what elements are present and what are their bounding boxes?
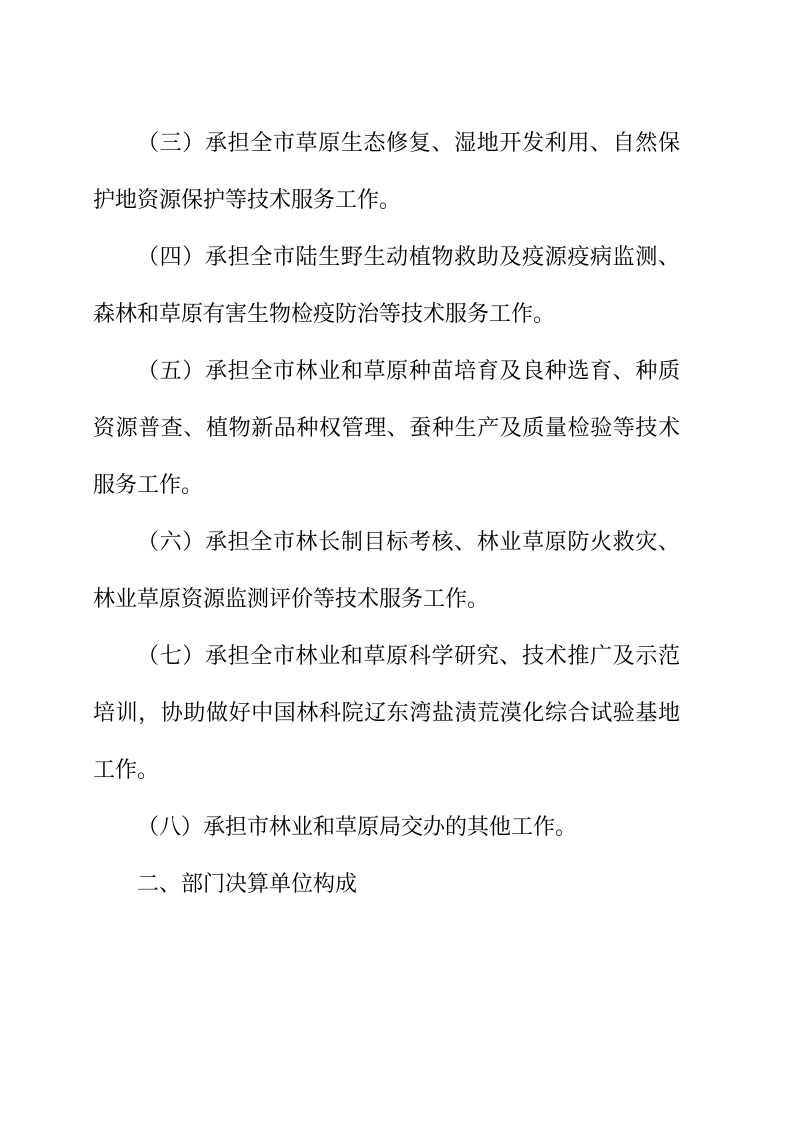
paragraph-duty-3: （三）承担全市草原生态修复、湿地开发利用、自然保护地资源保护等技术服务工作。 xyxy=(93,114,680,228)
paragraph-duty-6: （六）承担全市林长制目标考核、林业草原防火救灾、林业草原资源监测评价等技术服务工… xyxy=(93,513,680,627)
section-heading-unit-composition: 二、部门决算单位构成 xyxy=(93,855,680,912)
paragraph-duty-5: （五）承担全市林业和草原种苗培育及良种选育、种质资源普查、植物新品种权管理、蚕种… xyxy=(93,342,680,513)
paragraph-duty-4: （四）承担全市陆生野生动植物救助及疫源疫病监测、森林和草原有害生物检疫防治等技术… xyxy=(93,228,680,342)
document-page: （三）承担全市草原生态修复、湿地开发利用、自然保护地资源保护等技术服务工作。 （… xyxy=(0,0,793,1122)
paragraph-duty-7: （七）承担全市林业和草原科学研究、技术推广及示范培训，协助做好中国林科院辽东湾盐… xyxy=(93,627,680,798)
paragraph-duty-8: （八）承担市林业和草原局交办的其他工作。 xyxy=(93,798,680,855)
